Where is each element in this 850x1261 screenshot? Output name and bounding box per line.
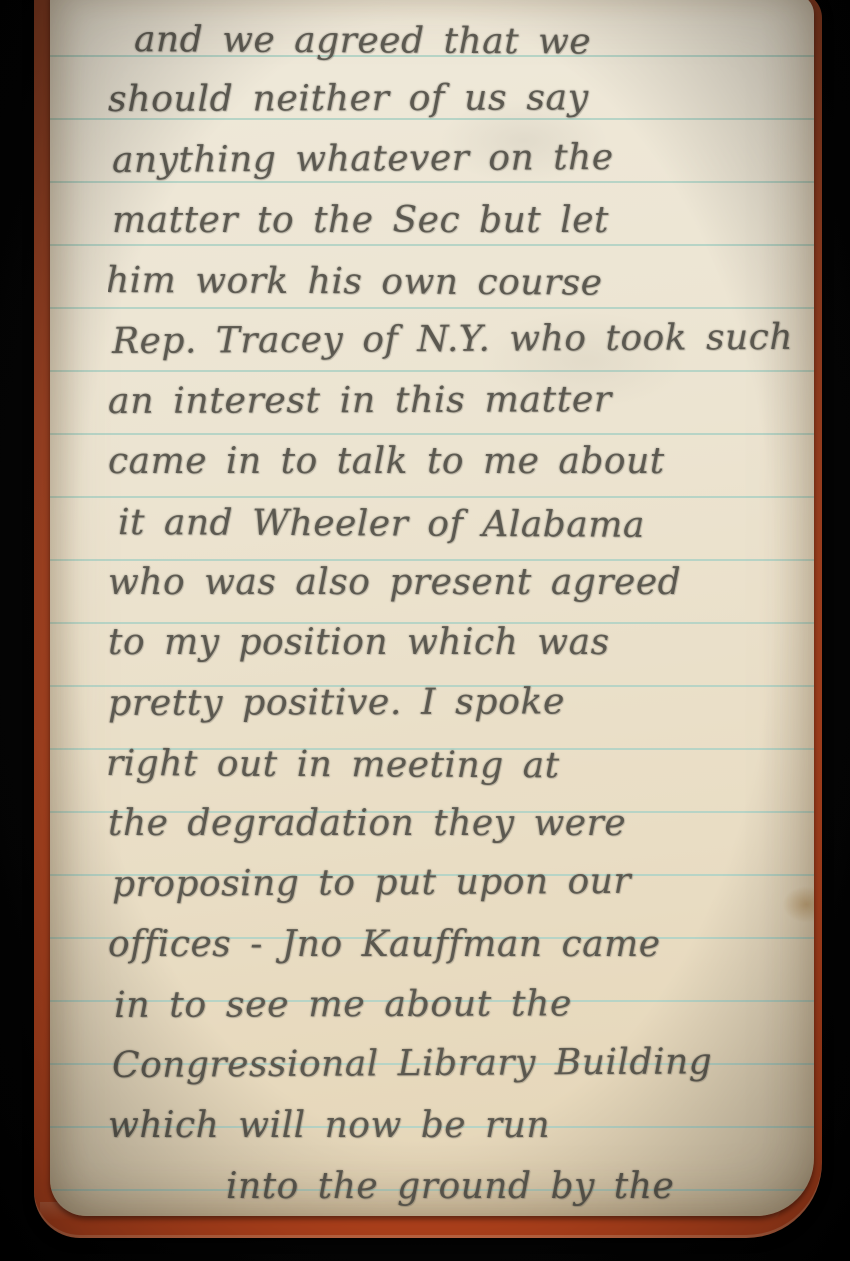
handwriting-line: offices - Jno Kauffman came [108, 915, 810, 975]
handwriting-line: should neither of us say [108, 68, 810, 131]
handwriting-line: which will now be run [108, 1096, 810, 1156]
handwriting-line: him work his own course [108, 251, 808, 315]
handwriting-line: matter to the Sec but let [108, 191, 810, 251]
handwriting-line: Rep. Tracey of N.Y. who took such [112, 307, 810, 372]
handwriting-line: proposing to put upon our [112, 851, 810, 916]
handwriting-line: pretty positive. I spoke [108, 671, 810, 734]
photo-background: and we agreed that weshould neither of u… [0, 0, 850, 1261]
handwriting-line: to my position which was [108, 613, 810, 673]
handwriting-line: into the ground by the [108, 1157, 810, 1216]
handwriting-line: right out in meeting at [108, 734, 808, 798]
handwriting-line: who was also present agreed [108, 553, 810, 613]
handwriting-line: the degradation they were [108, 794, 810, 854]
handwriting-line: anything whatever on the [112, 126, 810, 191]
handwriting-line: and we agreed that we [108, 10, 808, 74]
handwriting-line: an interest in this matter [108, 370, 810, 433]
notebook-page: and we agreed that weshould neither of u… [50, 0, 814, 1216]
handwriting-text: and we agreed that weshould neither of u… [108, 10, 810, 1216]
handwriting-line: in to see me about the [108, 973, 810, 1036]
handwriting-line: came in to talk to me about [108, 432, 810, 492]
handwriting-line: it and Wheeler of Alabama [108, 493, 808, 557]
handwriting-line: Congressional Library Building [112, 1032, 810, 1097]
